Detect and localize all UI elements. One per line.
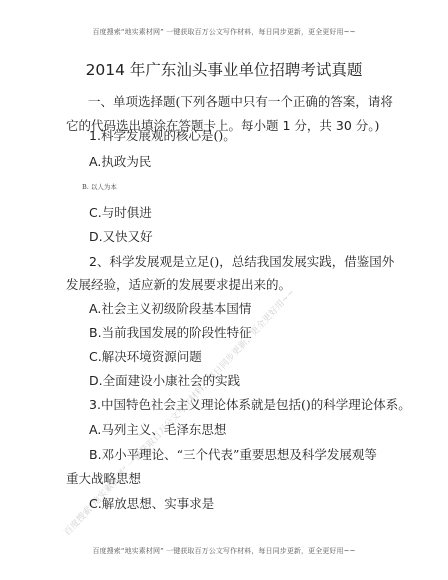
question-1-option-d: D.又快又好 (89, 227, 153, 245)
page-title: 2014 年广东汕头事业单位招聘考试真题 (0, 58, 448, 80)
document-page: 百度搜索“地实素材网” 一键获取百万公文写作材料，每日同步更新，更全更好用~~ … (0, 0, 448, 580)
section-instruction-line1: 一、单项选择题(下列各题中只有一个正确的答案，请将 (88, 92, 393, 110)
question-3-option-b-line2: 重大战略思想 (66, 469, 141, 487)
question-3-option-c: C.解放思想、实事求是 (89, 494, 214, 512)
question-3-option-b-line1: B.邓小平理论、“三个代表”重要思想及科学发展观等 (89, 445, 377, 463)
question-2-option-b: B.当前我国发展的阶段性特征 (89, 323, 252, 341)
question-2-stem-line1: 2、科学发展观是立足()，总结我国发展实践，借鉴国外 (89, 252, 394, 270)
question-2-option-c: C.解决环境资源问题 (89, 347, 202, 365)
question-1-option-a: A.执政为民 (89, 152, 151, 170)
question-1-option-b: B. 以人为本 (82, 182, 117, 191)
question-3-stem: 3.中国特色社会主义理论体系就是包括()的科学理论体系。 (89, 395, 411, 413)
question-1-stem: 1.科学发展观的核心是()。 (89, 126, 236, 144)
question-1-option-c: C.与时俱进 (89, 203, 152, 221)
header-banner: 百度搜索“地实素材网” 一键获取百万公文写作材料，每日同步更新，更全更好用~~ (0, 27, 448, 37)
footer-banner: 百度搜索“地实素材网” 一键获取百万公文写作材料，每日同步更新，更全更好用~~ (0, 546, 448, 556)
question-2-option-a: A.社会主义初级阶段基本国情 (89, 299, 251, 317)
question-2-option-d: D.全面建设小康社会的实践 (89, 371, 240, 389)
question-3-option-a: A.马列主义、毛泽东思想 (89, 420, 226, 438)
question-2-stem-line2: 发展经验，适应新的发展要求提出来的。 (66, 275, 291, 293)
